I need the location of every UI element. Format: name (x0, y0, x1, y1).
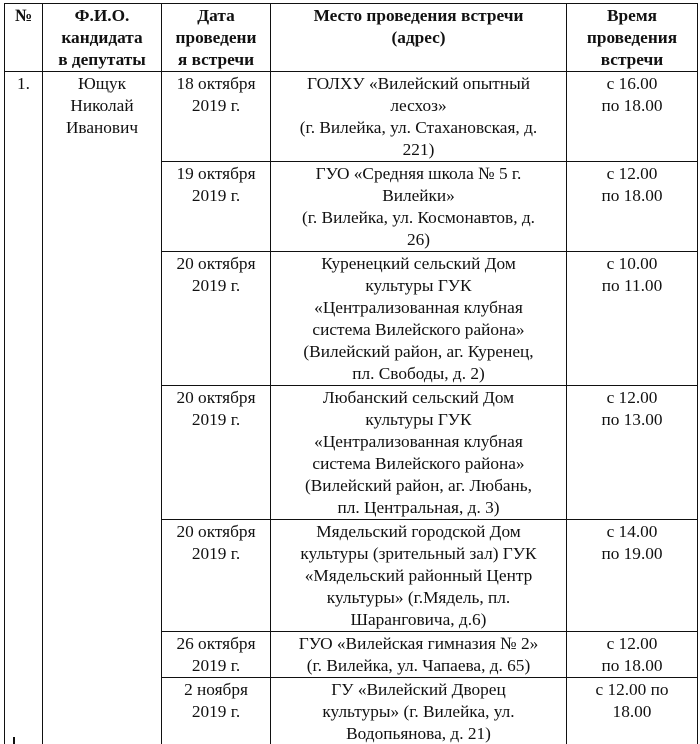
cell-text-line: встречи (570, 49, 694, 71)
cell-text-line: (адрес) (274, 27, 563, 49)
cell-text-line: (г. Вилейка, ул. Стахановская, д. (274, 117, 563, 139)
cell-text-line: (г. Вилейка, ул. Чапаева, д. 65) (274, 655, 563, 677)
cell-text-line: проведения (570, 27, 694, 49)
cell-text-line: 2 ноября (165, 679, 267, 701)
cell-text-line: Мядельский городской Дом (274, 521, 563, 543)
table-header-row: №Ф.И.О.кандидатав депутатыДатапроведения… (5, 4, 698, 72)
meeting-time-cell: с 14.00по 19.00 (567, 520, 698, 632)
cell-text-line: Дата (165, 5, 267, 27)
cell-text-line: 2019 г. (165, 185, 267, 207)
cell-text-line: по 18.00 (570, 95, 694, 117)
meeting-place-cell: ГУ «Вилейский Дворецкультуры» (г. Вилейк… (271, 678, 567, 744)
cell-text-line: по 19.00 (570, 543, 694, 565)
cell-text-line: 2019 г. (165, 409, 267, 431)
cell-text-line: с 12.00 (570, 387, 694, 409)
meeting-date-cell: 2 ноября2019 г. (162, 678, 271, 744)
cell-text-line: Ющук (46, 73, 158, 95)
row-number-cell: 1. (5, 72, 43, 744)
meeting-date-cell: 19 октября2019 г. (162, 162, 271, 252)
cell-text-line: ГОЛХУ «Вилейский опытный (274, 73, 563, 95)
cell-text-line: с 10.00 (570, 253, 694, 275)
cell-text-line: с 12.00 по (570, 679, 694, 701)
cell-text-line: с 12.00 (570, 633, 694, 655)
cell-text-line: 18 октября (165, 73, 267, 95)
cell-text-line: пл. Центральная, д. 3) (274, 497, 563, 519)
text-cursor-mark (13, 737, 15, 744)
cell-text-line: культуры ГУК (274, 409, 563, 431)
meeting-time-cell: с 10.00по 11.00 (567, 252, 698, 386)
cell-text-line: я встречи (165, 49, 267, 71)
column-header-num: № (5, 4, 43, 72)
table-row: 1.ЮщукНиколайИванович18 октября2019 г.ГО… (5, 72, 698, 162)
cell-text-line: по 13.00 (570, 409, 694, 431)
cell-text-line: Куренецкий сельский Дом (274, 253, 563, 275)
meeting-date-cell: 18 октября2019 г. (162, 72, 271, 162)
meeting-time-cell: с 12.00по 18.00 (567, 632, 698, 678)
meeting-time-cell: с 16.00по 18.00 (567, 72, 698, 162)
cell-text-line: 2019 г. (165, 95, 267, 117)
cell-text-line: «Централизованная клубная (274, 431, 563, 453)
cell-text-line: по 18.00 (570, 655, 694, 677)
cell-text-line: с 16.00 (570, 73, 694, 95)
meeting-schedule-table: №Ф.И.О.кандидатав депутатыДатапроведения… (4, 3, 698, 744)
cell-text-line: Шаранговича, д.6) (274, 609, 563, 631)
column-header-place: Место проведения встречи(адрес) (271, 4, 567, 72)
cell-text-line: 20 октября (165, 521, 267, 543)
meeting-date-cell: 26 октября2019 г. (162, 632, 271, 678)
cell-text-line: культуры» (г.Мядель, пл. (274, 587, 563, 609)
meeting-date-cell: 20 октября2019 г. (162, 520, 271, 632)
cell-text-line: в депутаты (46, 49, 158, 71)
meeting-place-cell: Мядельский городской Домкультуры (зрител… (271, 520, 567, 632)
cell-text-line: 2019 г. (165, 701, 267, 723)
cell-text-line: система Вилейского района» (274, 319, 563, 341)
cell-text-line: № (8, 5, 39, 27)
column-header-time: Времяпроведениявстречи (567, 4, 698, 72)
cell-text-line: (г. Вилейка, ул. Космонавтов, д. (274, 207, 563, 229)
meeting-date-cell: 20 октября2019 г. (162, 386, 271, 520)
cell-text-line: 20 октября (165, 253, 267, 275)
cell-text-line: Время (570, 5, 694, 27)
meeting-place-cell: Куренецкий сельский Домкультуры ГУК«Цент… (271, 252, 567, 386)
meeting-place-cell: ГУО «Вилейская гимназия № 2»(г. Вилейка,… (271, 632, 567, 678)
cell-text-line: культуры (зрительный зал) ГУК (274, 543, 563, 565)
cell-text-line: 19 октября (165, 163, 267, 185)
cell-text-line: 26 октября (165, 633, 267, 655)
cell-text-line: Николай (46, 95, 158, 117)
cell-text-line: 2019 г. (165, 543, 267, 565)
cell-text-line: «Мядельский районный Центр (274, 565, 563, 587)
cell-text-line: культуры ГУК (274, 275, 563, 297)
cell-text-line: Место проведения встречи (274, 5, 563, 27)
meeting-time-cell: с 12.00по 18.00 (567, 162, 698, 252)
cell-text-line: кандидата (46, 27, 158, 49)
cell-text-line: Ф.И.О. (46, 5, 158, 27)
cell-text-line: 26) (274, 229, 563, 251)
cell-text-line: с 14.00 (570, 521, 694, 543)
cell-text-line: 2019 г. (165, 655, 267, 677)
cell-text-line: 18.00 (570, 701, 694, 723)
column-header-date: Датапроведения встречи (162, 4, 271, 72)
meeting-place-cell: ГОЛХУ «Вилейский опытныйлесхоз»(г. Вилей… (271, 72, 567, 162)
cell-text-line: Иванович (46, 117, 158, 139)
meeting-time-cell: с 12.00 по18.00 (567, 678, 698, 744)
cell-text-line: по 18.00 (570, 185, 694, 207)
meeting-place-cell: Любанский сельский Домкультуры ГУК«Центр… (271, 386, 567, 520)
cell-text-line: «Централизованная клубная (274, 297, 563, 319)
candidate-name-cell: ЮщукНиколайИванович (43, 72, 162, 744)
cell-text-line: ГУ «Вилейский Дворец (274, 679, 563, 701)
cell-text-line: по 11.00 (570, 275, 694, 297)
cell-text-line: 20 октября (165, 387, 267, 409)
cell-text-line: лесхоз» (274, 95, 563, 117)
cell-text-line: (Вилейский район, аг. Куренец, (274, 341, 563, 363)
cell-text-line: система Вилейского района» (274, 453, 563, 475)
cell-text-line: (Вилейский район, аг. Любань, (274, 475, 563, 497)
cell-text-line: ГУО «Средняя школа № 5 г. (274, 163, 563, 185)
cell-text-line: 2019 г. (165, 275, 267, 297)
cell-text-line: культуры» (г. Вилейка, ул. (274, 701, 563, 723)
cell-text-line: Водопьянова, д. 21) (274, 723, 563, 744)
meeting-time-cell: с 12.00по 13.00 (567, 386, 698, 520)
cell-text-line: Вилейки» (274, 185, 563, 207)
column-header-name: Ф.И.О.кандидатав депутаты (43, 4, 162, 72)
cell-text-line: ГУО «Вилейская гимназия № 2» (274, 633, 563, 655)
cell-text-line: Любанский сельский Дом (274, 387, 563, 409)
cell-text-line: пл. Свободы, д. 2) (274, 363, 563, 385)
meeting-date-cell: 20 октября2019 г. (162, 252, 271, 386)
cell-text-line: 221) (274, 139, 563, 161)
meeting-place-cell: ГУО «Средняя школа № 5 г.Вилейки»(г. Вил… (271, 162, 567, 252)
cell-text-line: проведени (165, 27, 267, 49)
table-body: 1.ЮщукНиколайИванович18 октября2019 г.ГО… (5, 72, 698, 744)
cell-text-line: с 12.00 (570, 163, 694, 185)
